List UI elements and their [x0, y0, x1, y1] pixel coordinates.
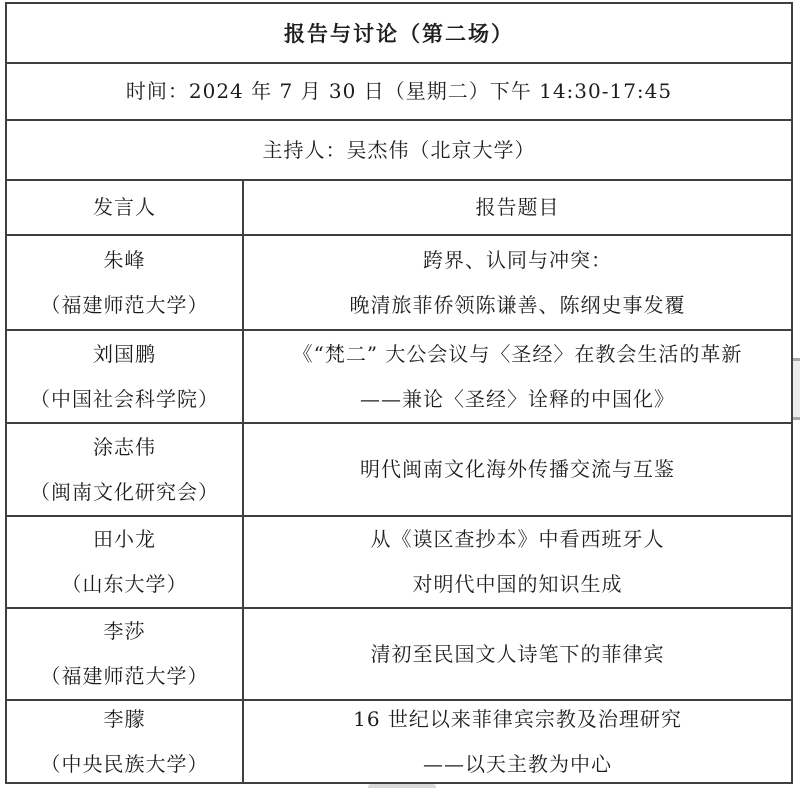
speaker-affiliation: （福建师范大学）	[41, 292, 209, 319]
title-line: 16 世纪以来菲律宾宗教及治理研究	[353, 706, 682, 733]
speaker-cell: 田小龙 （山东大学）	[7, 517, 244, 607]
table-row: 李朦 （中央民族大学） 16 世纪以来菲律宾宗教及治理研究 ——以天主教为中心	[7, 699, 791, 782]
title-line: 明代闽南文化海外传播交流与互鉴	[360, 456, 675, 483]
scrollbar-thumb[interactable]	[793, 358, 800, 420]
document-page: 报告与讨论（第二场） 时间：2024 年 7 月 30 日（星期二）下午 14:…	[0, 0, 800, 788]
speaker-affiliation: （中央民族大学）	[41, 751, 209, 778]
speaker-name: 刘国鹏	[93, 341, 156, 368]
table-row: 李莎 （福建师范大学） 清初至民国文人诗笔下的菲律宾	[7, 607, 791, 699]
title-cell: 跨界、认同与冲突： 晚清旅菲侨领陈谦善、陈纲史事发覆	[244, 236, 791, 329]
title-line: 《“梵二” 大公会议与〈圣经〉在教会生活的革新	[293, 341, 743, 368]
speaker-cell: 朱峰 （福建师范大学）	[7, 236, 244, 329]
speaker-name: 李莎	[104, 618, 146, 645]
title-line: ——兼论〈圣经〉诠释的中国化》	[360, 386, 675, 413]
title-line: 从《谟区查抄本》中看西班牙人	[371, 526, 665, 553]
title-line: 晚清旅菲侨领陈谦善、陈纲史事发覆	[350, 292, 686, 319]
speaker-name: 李朦	[104, 706, 146, 733]
session-host: 主持人：吴杰伟（北京大学）	[7, 121, 791, 179]
table-row: 涂志伟 （闽南文化研究会） 明代闽南文化海外传播交流与互鉴	[7, 422, 791, 515]
title-cell: 《“梵二” 大公会议与〈圣经〉在教会生活的革新 ——兼论〈圣经〉诠释的中国化》	[244, 331, 791, 422]
speaker-cell: 刘国鹏 （中国社会科学院）	[7, 331, 244, 422]
title-line: ——以天主教为中心	[423, 751, 612, 778]
horizontal-scrollbar-fragment[interactable]	[368, 784, 436, 788]
title-cell: 16 世纪以来菲律宾宗教及治理研究 ——以天主教为中心	[244, 701, 791, 782]
speaker-affiliation: （闽南文化研究会）	[30, 479, 219, 506]
table-row: 朱峰 （福建师范大学） 跨界、认同与冲突： 晚清旅菲侨领陈谦善、陈纲史事发覆	[7, 234, 791, 329]
speaker-name: 田小龙	[93, 526, 156, 553]
speaker-affiliation: （福建师范大学）	[41, 663, 209, 690]
session-title: 报告与讨论（第二场）	[7, 4, 791, 62]
speaker-affiliation: （山东大学）	[62, 571, 188, 598]
speaker-column-header: 发言人	[7, 181, 244, 234]
table-row: 田小龙 （山东大学） 从《谟区查抄本》中看西班牙人 对明代中国的知识生成	[7, 515, 791, 607]
session-time: 时间：2024 年 7 月 30 日（星期二）下午 14:30-17:45	[7, 64, 791, 119]
table-title-row: 报告与讨论（第二场）	[7, 4, 791, 62]
speaker-cell: 涂志伟 （闽南文化研究会）	[7, 424, 244, 515]
title-line: 对明代中国的知识生成	[413, 571, 623, 598]
speaker-name: 朱峰	[104, 247, 146, 274]
host-row: 主持人：吴杰伟（北京大学）	[7, 119, 791, 179]
title-cell: 清初至民国文人诗笔下的菲律宾	[244, 609, 791, 699]
title-cell: 从《谟区查抄本》中看西班牙人 对明代中国的知识生成	[244, 517, 791, 607]
title-line: 跨界、认同与冲突：	[423, 247, 612, 274]
session-schedule-table: 报告与讨论（第二场） 时间：2024 年 7 月 30 日（星期二）下午 14:…	[5, 2, 793, 784]
title-cell: 明代闽南文化海外传播交流与互鉴	[244, 424, 791, 515]
table-row: 刘国鹏 （中国社会科学院） 《“梵二” 大公会议与〈圣经〉在教会生活的革新 ——…	[7, 329, 791, 422]
title-line: 清初至民国文人诗笔下的菲律宾	[371, 641, 665, 668]
speaker-cell: 李莎 （福建师范大学）	[7, 609, 244, 699]
speaker-affiliation: （中国社会科学院）	[30, 386, 219, 413]
column-header-row: 发言人 报告题目	[7, 179, 791, 234]
time-row: 时间：2024 年 7 月 30 日（星期二）下午 14:30-17:45	[7, 62, 791, 119]
title-column-header: 报告题目	[244, 181, 791, 234]
speaker-name: 涂志伟	[93, 434, 156, 461]
speaker-cell: 李朦 （中央民族大学）	[7, 701, 244, 782]
